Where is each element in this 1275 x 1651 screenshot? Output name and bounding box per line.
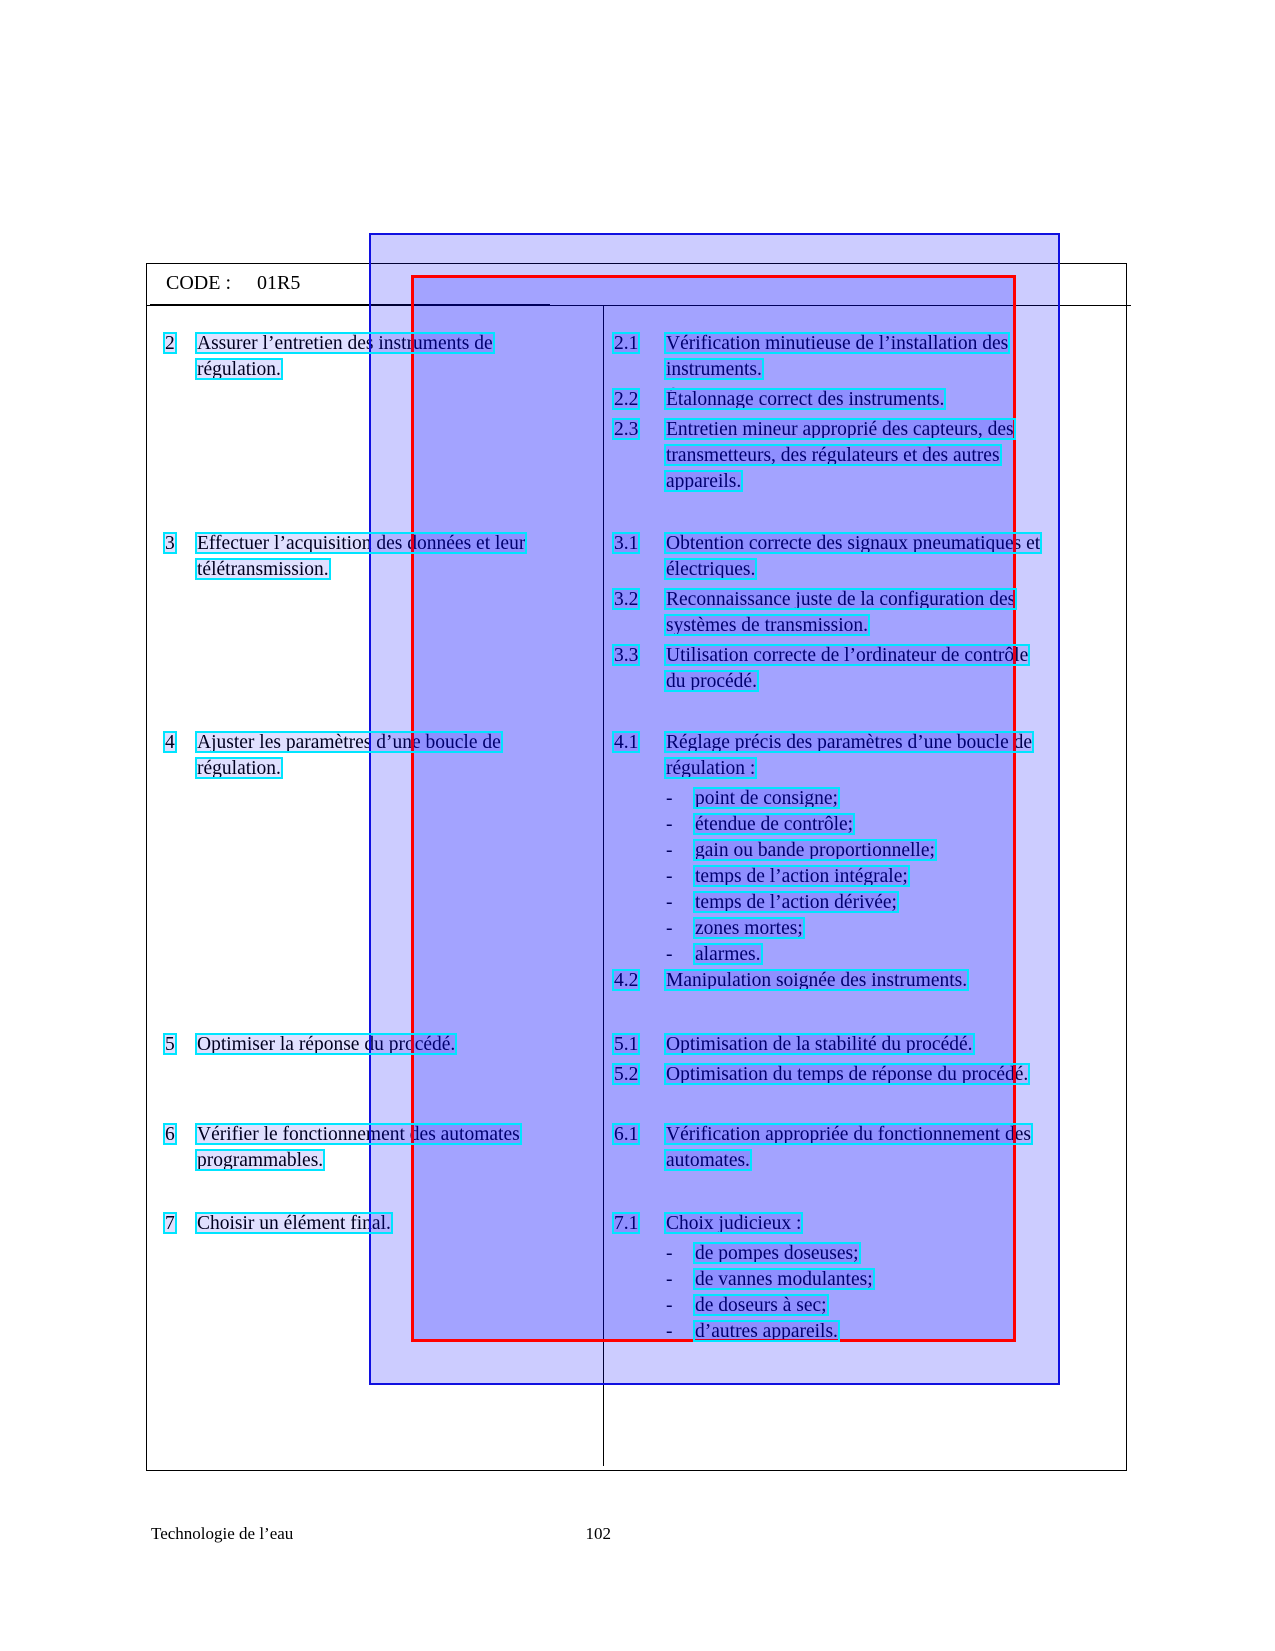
competency-number: 2 — [165, 333, 175, 355]
competency-title-line: régulation. — [197, 758, 281, 780]
competency-number: 5 — [165, 1034, 175, 1056]
competency-number: 3 — [165, 533, 175, 555]
code-header: CODE :01R5 — [166, 272, 300, 295]
competency-title-line: régulation. — [197, 359, 281, 381]
competency-number: 6 — [165, 1124, 175, 1146]
competency-number: 4 — [165, 732, 175, 754]
footer-title: Technologie de l’eau — [151, 1524, 293, 1544]
competency-number: 7 — [165, 1213, 175, 1235]
page-number: 102 — [586, 1524, 612, 1544]
competency-title-line: télétransmission. — [197, 559, 329, 581]
code-label: CODE : — [166, 272, 231, 294]
competency-title-line: Choisir un élément final. — [197, 1213, 391, 1235]
code-value: 01R5 — [257, 272, 300, 294]
competency-title-line: programmables. — [197, 1150, 323, 1172]
annotation-region-inner — [411, 275, 1016, 1342]
page-footer: Technologie de l’eau 102 — [151, 1524, 611, 1544]
